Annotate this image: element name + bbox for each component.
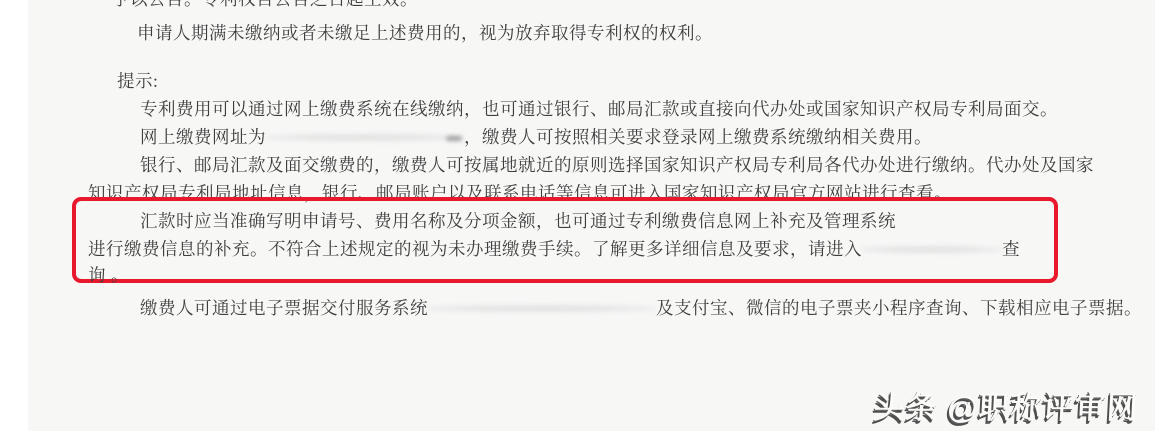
page-left-margin: [0, 0, 28, 435]
tip-receipt-line: 缴费人可通过电子票据交付服务系统及支付宝、微信的电子票夹小程序查询、下载相应电子…: [140, 295, 1142, 321]
tip-receipt-prefix: 缴费人可通过电子票据交付服务系统: [140, 298, 428, 318]
redacted-link-blur: [862, 243, 1002, 256]
redacted-system-name-blur: [428, 302, 656, 315]
highlight-line-2-prefix: 进行缴费信息的补充。不符合上述规定的视为未办理缴费手续。了解更多详细信息及要求，…: [88, 239, 862, 259]
tip-receipt-suffix: 及支付宝、微信的电子票夹小程序查询、下载相应电子票据。: [656, 298, 1142, 318]
highlight-line-2-suffix: 查: [1002, 239, 1020, 259]
highlight-line-2: 进行缴费信息的补充。不符合上述规定的视为未办理缴费手续。了解更多详细信息及要求，…: [88, 236, 1020, 262]
tip-online-line: 专利费用可以通过网上缴费系统在线缴纳，也可通过银行、邮局汇款或直接向代办处或国家…: [140, 96, 1058, 122]
tip-url-prefix: 网上缴费网址为: [140, 127, 266, 147]
tips-label: 提示:: [117, 68, 158, 94]
scanned-notice-page: 予以公告。专利权自公告之日起生效。 申请人期满未缴纳或者未缴足上述费用的，视为放…: [0, 0, 1155, 435]
toutiao-watermark: 头条 @职称评审网: [873, 382, 1140, 427]
tip-bank-line-1: 银行、邮局汇款及面交缴费的，缴费人可按属地就近的原则选择国家知识产权局专利局各代…: [140, 152, 1094, 178]
top-clipped-line: 予以公告。专利权自公告之日起生效。: [112, 0, 418, 12]
tip-url-line: 网上缴费网址为，缴费人可按照相关要求登录网上缴费系统缴纳相关费用。: [140, 124, 932, 150]
tip-url-suffix: ，缴费人可按照相关要求登录网上缴费系统缴纳相关费用。: [464, 127, 932, 147]
redacted-url-blur: [266, 131, 464, 144]
forfeit-line: 申请人期满未缴纳或者未缴足上述费用的，视为放弃取得专利权的权利。: [137, 20, 713, 46]
highlight-line-1: 汇款时应当准确写明申请号、费用名称及分项金额，也可通过专利缴费信息网上补充及管理…: [140, 208, 896, 234]
page-bottom-margin: [0, 431, 1155, 435]
highlight-line-3: 询 。: [88, 262, 129, 288]
